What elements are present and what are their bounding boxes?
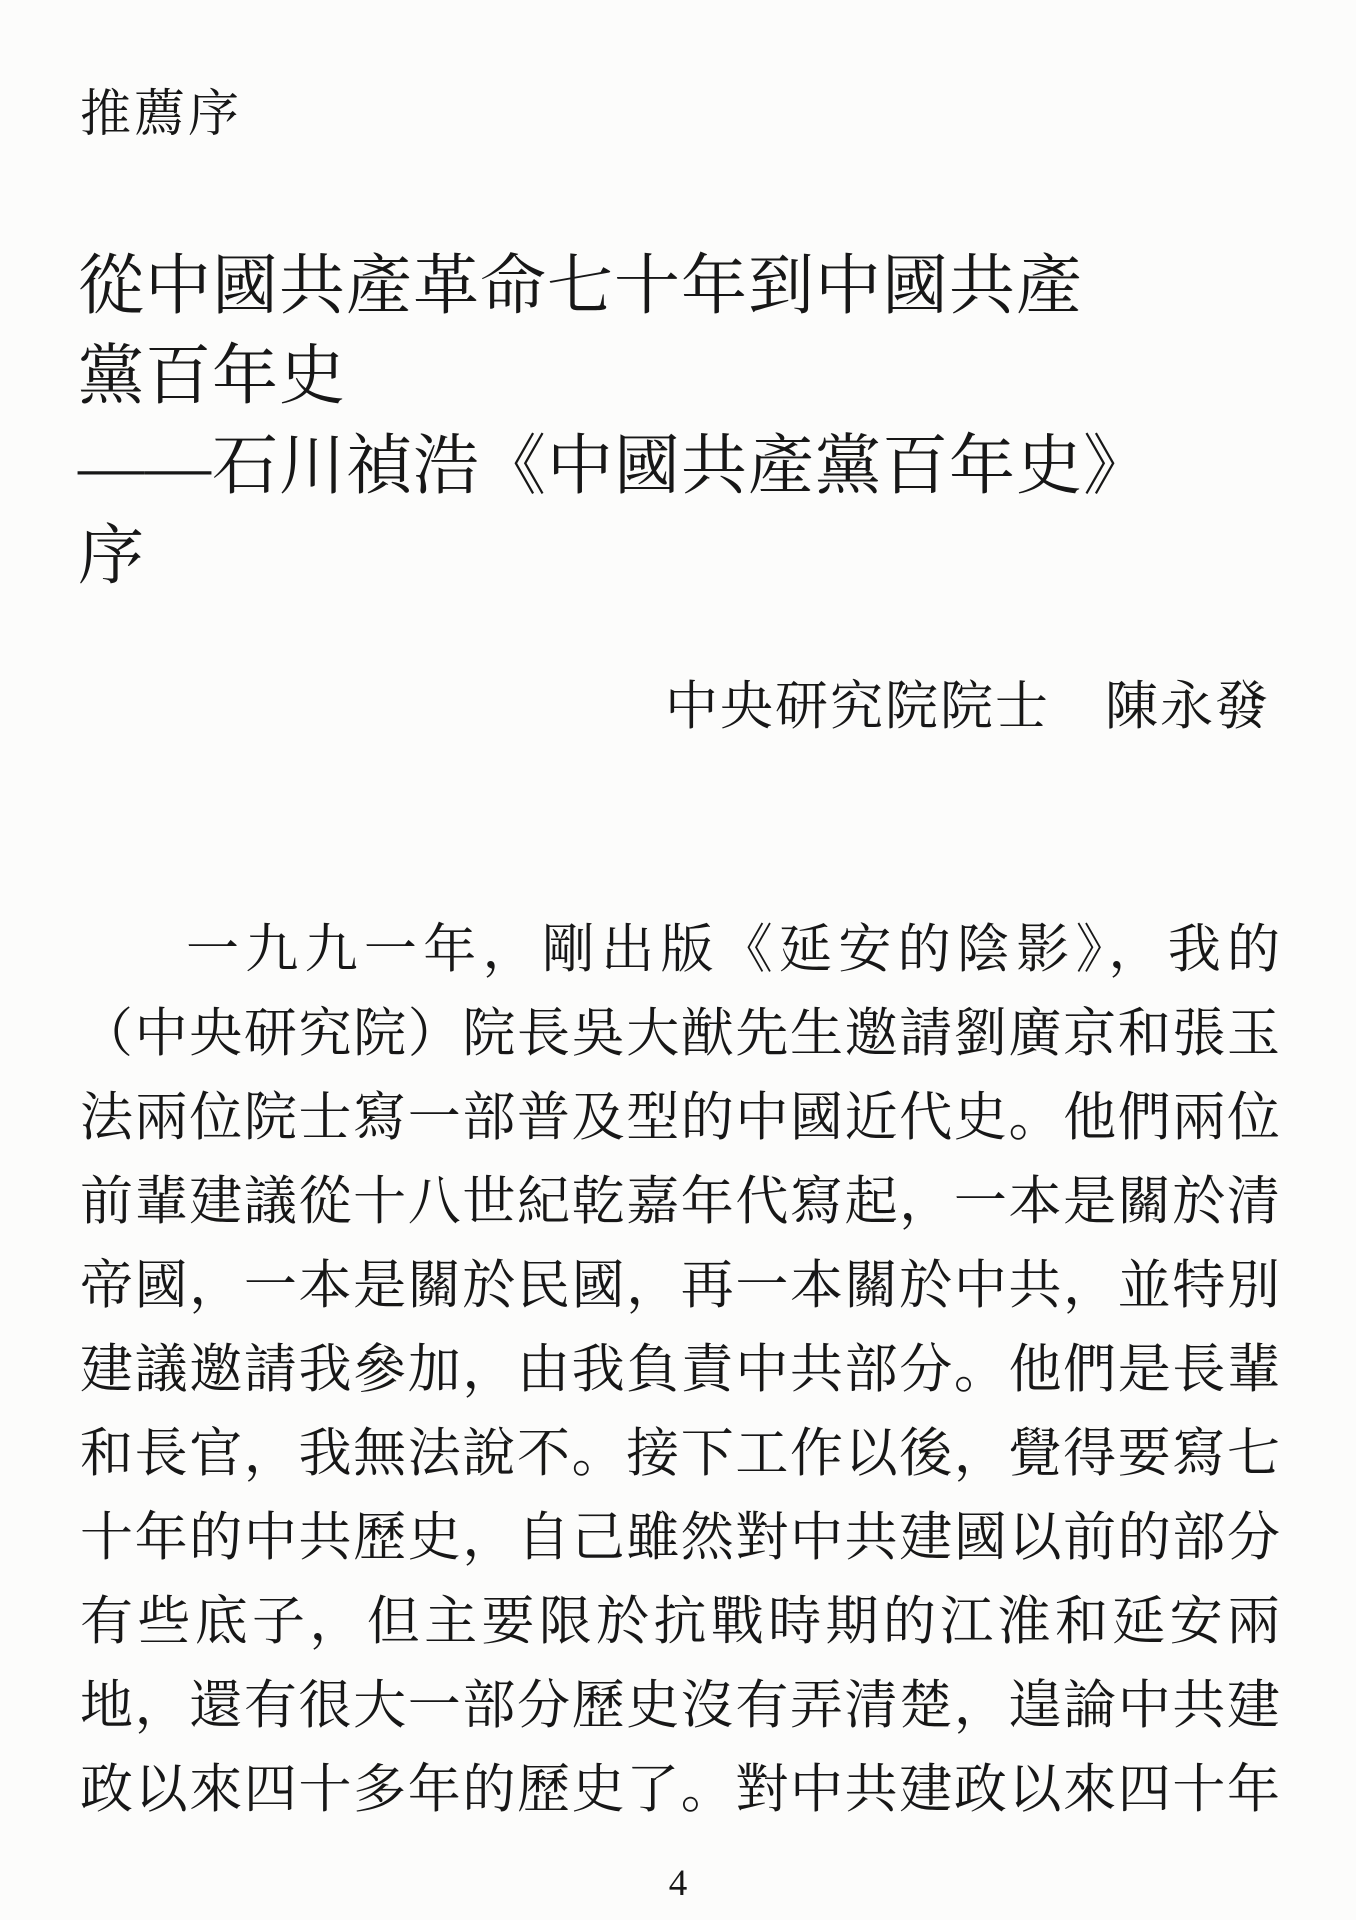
body-text-line: 前輩建議從十八世紀乾嘉年代寫起，一本是關於清: [80, 1160, 1280, 1244]
body-text-line: （中央研究院）院長吳大猷先生邀請劉廣京和張玉: [80, 992, 1280, 1076]
body-text-line: 地，還有很大一部分歷史沒有弄清楚，遑論中共建: [80, 1664, 1280, 1748]
body-text-line: 法兩位院士寫一部普及型的中國近代史。他們兩位: [80, 1076, 1280, 1160]
body-paragraph: 一九九一年，剛出版《延安的陰影》，我的 （中央研究院）院長吳大猷先生邀請劉廣京和…: [80, 908, 1280, 1832]
page-title: 從中國共產革命七十年到中國共產 黨百年史 ——石川禎浩《中國共產黨百年史》 序: [78, 242, 1288, 602]
body-text-line: 政以來四十多年的歷史了。對中共建政以來四十年: [80, 1748, 1280, 1832]
document-page: 推薦序 從中國共產革命七十年到中國共產 黨百年史 ——石川禎浩《中國共產黨百年史…: [0, 0, 1356, 1920]
body-text-line: 有些底子，但主要限於抗戰時期的江淮和延安兩: [80, 1580, 1280, 1664]
body-text-line: 建議邀請我參加，由我負責中共部分。他們是長輩: [80, 1328, 1280, 1412]
title-line-4: 序: [78, 512, 1288, 602]
title-line-1: 從中國共產革命七十年到中國共產: [78, 242, 1288, 332]
title-line-3: ——石川禎浩《中國共產黨百年史》: [78, 422, 1288, 512]
section-label: 推薦序: [80, 86, 242, 145]
author-byline: 中央研究院院士 陳永發: [80, 676, 1270, 740]
title-line-2: 黨百年史: [78, 332, 1288, 422]
body-text-line: 和長官，我無法說不。接下工作以後，覺得要寫七: [80, 1412, 1280, 1496]
body-text-line: 帝國，一本是關於民國，再一本關於中共，並特別: [80, 1244, 1280, 1328]
page-number: 4: [0, 1862, 1356, 1906]
body-text-line: 一九九一年，剛出版《延安的陰影》，我的: [80, 908, 1280, 992]
body-text-line: 十年的中共歷史，自己雖然對中共建國以前的部分: [80, 1496, 1280, 1580]
